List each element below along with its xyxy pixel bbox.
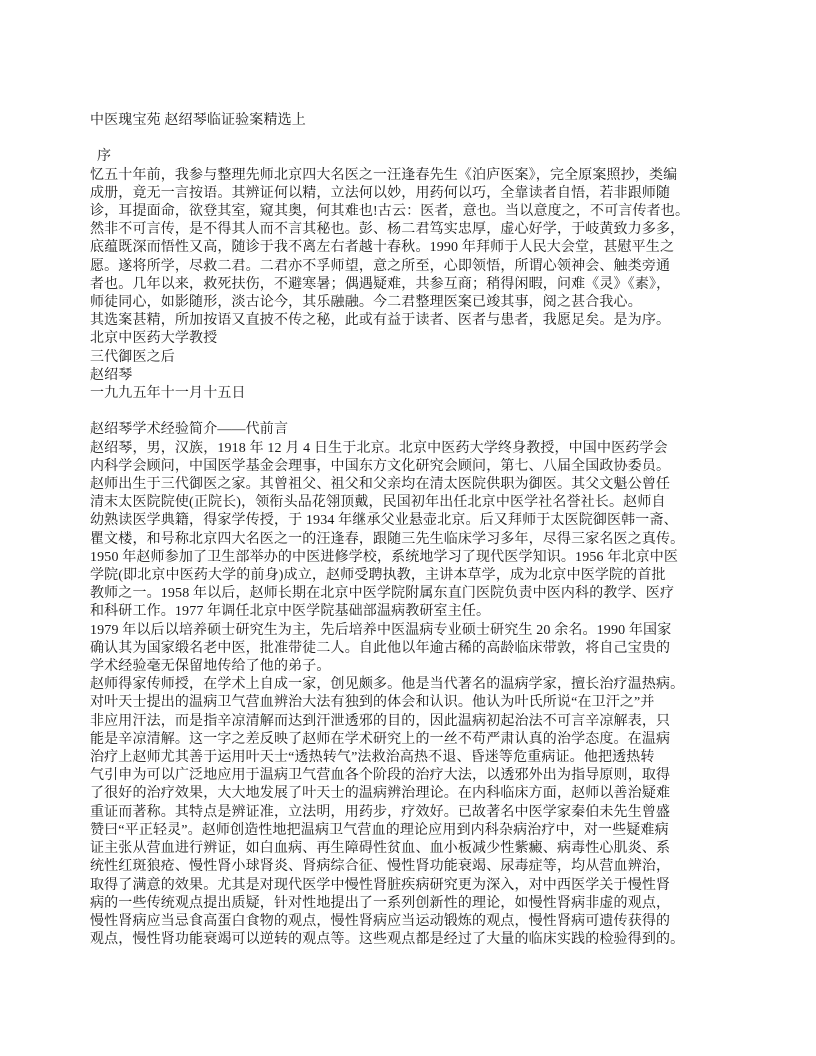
text-line: 慢性肾病应当忌食高蛋白食物的观点，慢性肾病应当运动锻炼的观点，慢性肾病可遗传获得…: [90, 913, 740, 931]
text-line: 和科研工作。1977 年调任北京中医学院基础部温病教研室主任。: [90, 603, 740, 621]
preface-heading: 序: [90, 148, 740, 166]
text-line: 病的一些传统观点提出质疑，针对性地提出了一系列创新性的理论，如慢性肾病非虚的观点…: [90, 895, 740, 913]
text-line: 师徒同心，如影随形，淡古论今，其乐融融。今二君整理医案已竣其事，阅之甚合我心。: [90, 294, 740, 312]
text-line: 清末太医院院使(正院长)，领衔头品花翎顶戴，民国初年出任北京中医学社名誉社长。赵…: [90, 494, 740, 512]
document-text-block: 中医瑰宝苑 赵绍琴临证验案精选上 序 忆五十年前，我参与整理先师北京四大名医之一…: [90, 112, 740, 949]
text-line: 学术经验毫无保留地传给了他的弟子。: [90, 658, 740, 676]
document-title: 中医瑰宝苑 赵绍琴临证验案精选上: [90, 112, 740, 130]
text-line: 者也。几年以来，救死扶伤，不避寒暑；偶遇疑难，共参互商；稍得闲暇，问难《灵》《素…: [90, 276, 740, 294]
text-line: 对叶天士提出的温病卫气营血辨治大法有独到的体会和认识。他认为叶氏所说“在卫汗之”…: [90, 694, 740, 712]
text-line: 能是辛凉清解。这一字之差反映了赵师在学术研究上的一丝不苟严肃认真的治学态度。在温…: [90, 731, 740, 749]
text-line: 证主张从营血进行辨证，如白血病、再生障碍性贫血、血小板减少性紫癜、病毒性心肌炎、…: [90, 840, 740, 858]
text-line: 幼熟读医学典籍，得家学传授，于 1934 年继承父业悬壶北京。后又拜师于太医院御…: [90, 512, 740, 530]
text-line: 忆五十年前，我参与整理先师北京四大名医之一汪逢春先生《泊庐医案》，完全原案照抄，…: [90, 167, 740, 185]
text-line: 气引申为可以广泛地应用于温病卫气营血各个阶段的治疗大法，以透邪外出为指导原则，取…: [90, 767, 740, 785]
text-line: 1950 年赵师参加了卫生部举办的中医进修学校，系统地学习了现代医学知识。195…: [90, 549, 740, 567]
text-line: 学院(即北京中医药大学的前身)成立，赵师受聘执教，主讲本草学，成为北京中医学院的…: [90, 567, 740, 585]
blank-line: [90, 403, 740, 421]
text-line: 赞曰“平正轻灵”。赵师创造性地把温病卫气营血的理论应用到内科杂病治疗中，对一些疑…: [90, 822, 740, 840]
text-line: 1979 年以后以培养硕士研究生为主，先后培养中医温病专业硕士研究生 20 余名…: [90, 622, 740, 640]
text-line: 观点，慢性肾功能衰竭可以逆转的观点等。这些观点都是经过了大量的临床实践的检验得到…: [90, 931, 740, 949]
text-line: 赵师出生于三代御医之家。其曾祖父、祖父和父亲均在清太医院供职为御医。其父文魁公曾…: [90, 476, 740, 494]
text-line: 内科学会顾问，中国医学基金会理事，中国东方文化研究会顾问，第七、八届全国政协委员…: [90, 458, 740, 476]
text-line: 其选案甚精，所加按语又直披不传之秘，此或有益于读者、医者与患者，我愿足矣。是为序…: [90, 312, 740, 330]
signature-lineage: 三代御医之后: [90, 349, 740, 367]
text-line: 底蕴既深而悟性又高，随诊于我不离左右者越十春秋。1990 年拜师于人民大会堂，甚…: [90, 239, 740, 257]
text-line: 取得了满意的效果。尤其是对现代医学中慢性肾脏疾病研究更为深入，对中西医学关于慢性…: [90, 877, 740, 895]
introduction-heading: 赵绍琴学术经验简介——代前言: [90, 421, 740, 439]
text-line: 治疗上赵师尤其善于运用叶天士“透热转气”法救治高热不退、昏迷等危重病证。他把透热…: [90, 749, 740, 767]
text-line: 瞿文楼，和号称北京四大名医之一的汪逢春，跟随三先生临床学习多年，尽得三家名医之真…: [90, 531, 740, 549]
text-line: 成册，竟无一言按语。其辨证何以精，立法何以妙，用药何以巧，全靠读者自悟，若非跟师…: [90, 185, 740, 203]
text-line: 重证而著称。其特点是辨证准，立法明，用药步，疗效好。已故著名中医学家秦伯未先生曾…: [90, 804, 740, 822]
text-line: 诊，耳提面命，欲登其室，窥其奥，何其难也!古云：医者，意也。当以意度之，不可言传…: [90, 203, 740, 221]
text-line: 教师之一。1958 年以后，赵师长期在北京中医学院附属东直门医院负责中医内科的教…: [90, 585, 740, 603]
text-line: 了很好的治疗效果，大大地发展了叶天士的温病辨治理论。在内科临床方面，赵师以善治疑…: [90, 785, 740, 803]
text-line: 确认其为国家缎名老中医，批准带徒二人。自此他以年逾古稀的高龄临床带敦，将自己宝贵…: [90, 640, 740, 658]
text-line: 然非不可言传，是不得其人而不言其秘也。彭、杨二君笃实忠厚，虚心好学，于岐黄致力多…: [90, 221, 740, 239]
text-line: 赵绍琴，男，汉族，1918 年 12 月 4 日生于北京。北京中医药大学终身教授…: [90, 440, 740, 458]
text-line: 赵师得家传师授，在学术上自成一家，创见颇多。他是当代著名的温病学家，擅长治疗温热…: [90, 676, 740, 694]
signature-date: 一九九五年十一月十五日: [90, 385, 740, 403]
text-line: 愿。遂将所学，尽救二君。二君亦不孚师望，意之所至，心即领悟，所谓心领神会、触类旁…: [90, 258, 740, 276]
blank-line: [90, 130, 740, 148]
text-line: 统性红斑狼疮、慢性肾小球肾炎、肾病综合征、慢性肾功能衰竭、尿毒症等，均从营血辨治…: [90, 858, 740, 876]
signature-name: 赵绍琴: [90, 367, 740, 385]
document-page: 中医瑰宝苑 赵绍琴临证验案精选上 序 忆五十年前，我参与整理先师北京四大名医之一…: [0, 0, 816, 1056]
text-line: 非应用汗法，而是指辛凉清解而达到汗泄透邪的目的，因此温病初起治法不可言辛凉解表，…: [90, 713, 740, 731]
signature-affiliation: 北京中医药大学教授: [90, 330, 740, 348]
